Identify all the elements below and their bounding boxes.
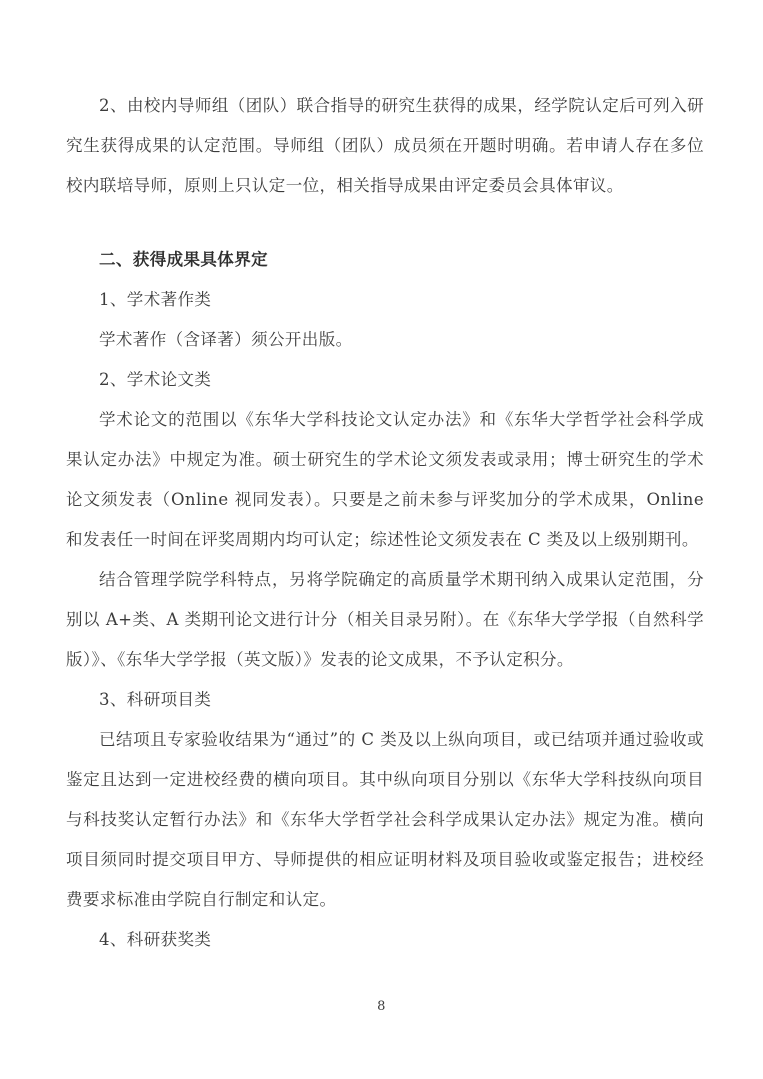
paragraph-journal-scoring: 结合管理学院学科特点，另将学院确定的高质量学术期刊纳入成果认定范围，分别以 A+… [66,560,704,680]
document-body: 2、由校内导师组（团队）联合指导的研究生获得的成果，经学院认定后可列入研究生获得… [66,86,704,960]
section-heading-achievement-definition: 二、获得成果具体界定 [66,240,704,280]
paragraph-academic-papers-scope: 学术论文的范围以《东华大学科技论文认定办法》和《东华大学哲学社会科学成果认定办法… [66,400,704,560]
item-title-research-awards: 4、科研获奖类 [66,920,704,960]
item-title-academic-papers: 2、学术论文类 [66,360,704,400]
page-number: 8 [377,999,386,1014]
document-page: 2、由校内导师组（团队）联合指导的研究生获得的成果，经学院认定后可列入研究生获得… [0,0,763,1079]
item-title-research-projects: 3、科研项目类 [66,680,704,720]
paragraph-academic-works-rule: 学术著作（含译著）须公开出版。 [66,320,704,360]
page-footer: 8 [0,995,763,1014]
item-title-academic-works: 1、学术著作类 [66,280,704,320]
paragraph-joint-supervision: 2、由校内导师组（团队）联合指导的研究生获得的成果，经学院认定后可列入研究生获得… [66,86,704,206]
paragraph-research-projects-rule: 已结项且专家验收结果为“通过”的 C 类及以上纵向项目，或已结项并通过验收或鉴定… [66,720,704,920]
